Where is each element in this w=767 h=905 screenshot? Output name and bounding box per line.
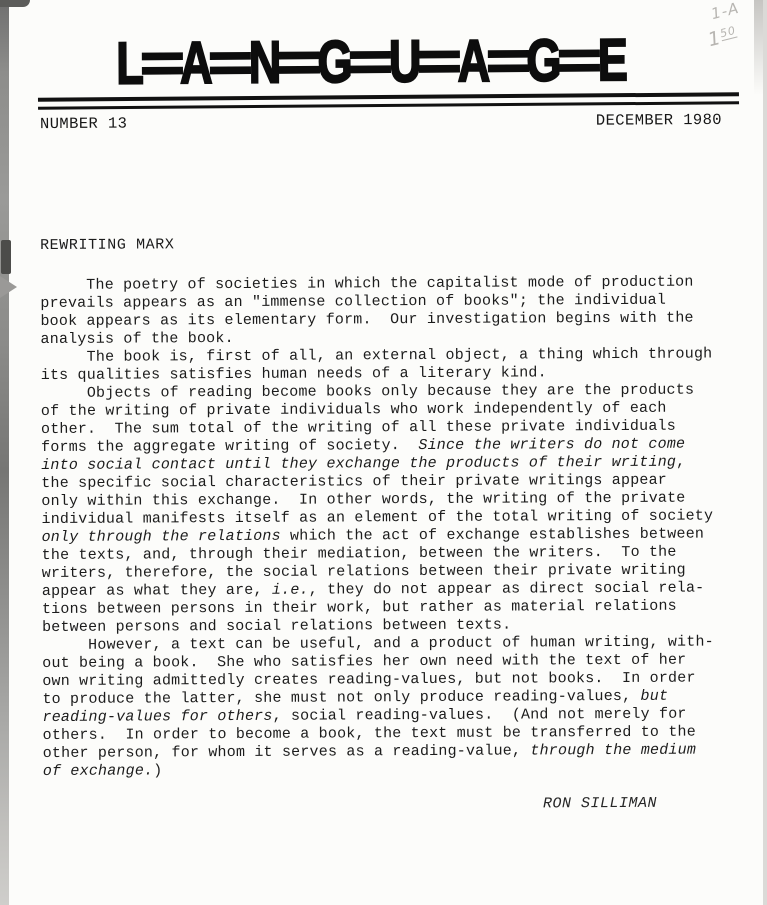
pencil-annotation: 1-A [709, 0, 741, 23]
masthead-title: L=A=N=G=U=A=G=E [116, 26, 628, 98]
masthead-equals-glyph: = [277, 31, 322, 93]
paragraph: However, a text can be useful, and a pro… [42, 633, 745, 781]
masthead-letter: E [598, 26, 628, 95]
masthead-equals-glyph: = [417, 30, 462, 92]
masthead-equals-glyph: = [486, 30, 531, 92]
masthead-equals-glyph: = [557, 30, 602, 92]
pencil-price-annotation: 150 [706, 23, 740, 51]
paragraph: The poetry of societies in which the cap… [40, 273, 742, 349]
article: REWRITING MARX The poetry of societies i… [40, 233, 745, 816]
article-heading: REWRITING MARX [40, 233, 742, 255]
scan-artifact [1, 240, 11, 274]
italic-text-run: only through the relations [42, 528, 281, 546]
italic-text-run: i.e. [272, 582, 309, 599]
article-byline: RON SILLIMAN [43, 794, 745, 816]
text-run: The poetry of societies in which the cap… [40, 274, 694, 348]
article-body: The poetry of societies in which the cap… [40, 273, 745, 781]
issue-date: DECEMBER 1980 [596, 111, 722, 130]
paragraph: The book is, first of all, an external o… [41, 345, 743, 385]
issue-number: NUMBER 13 [40, 115, 127, 134]
rule-bottom [38, 101, 739, 110]
scan-corner-mark [0, 0, 30, 7]
scan-edge-right [763, 0, 767, 905]
pencil-price-cents: 50 [719, 24, 738, 41]
text-run: The book is, first of all, an external o… [41, 345, 713, 384]
issue-line: NUMBER 13 DECEMBER 1980 [40, 111, 722, 133]
text-run: However, a text can be useful, and a pro… [42, 633, 714, 708]
paragraph: Objects of reading become books only bec… [41, 381, 744, 637]
text-run: ) [153, 762, 162, 779]
masthead-equals-glyph: = [208, 32, 253, 94]
masthead-equals-glyph: = [348, 31, 393, 93]
scan-edge-left [0, 0, 9, 905]
scanned-page: 1-A 150 L=A=N=G=U=A=G=E NUMBER 13 DECEMB… [0, 0, 767, 905]
masthead-equals-glyph: = [139, 32, 184, 94]
